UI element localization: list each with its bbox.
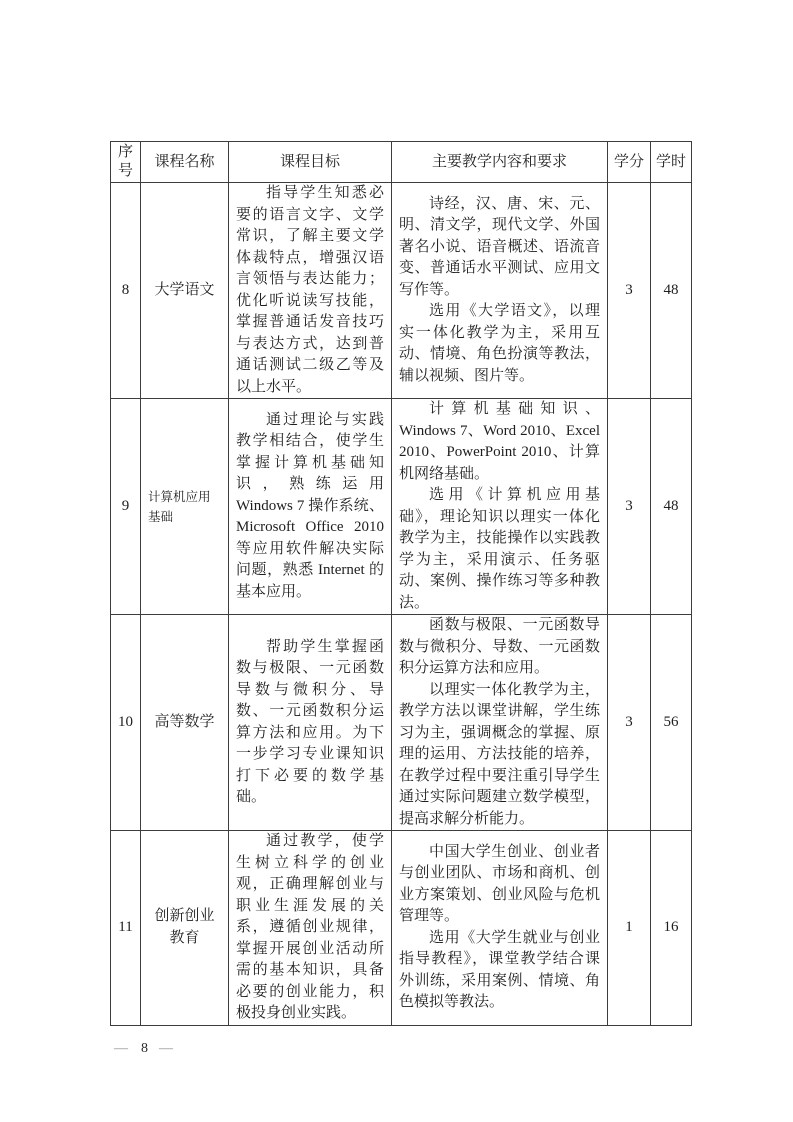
teaching-content-cell: 中国大学生创业、创业者与创业团队、市场和商机、创业方案策划、创业风险与危机管理等… [392, 831, 608, 1026]
seq-no-cell: 10 [111, 615, 141, 831]
table-header-row: 序号 课程名称 课程目标 主要教学内容和要求 学分 学时 [111, 142, 692, 183]
credits-cell: 3 [608, 399, 651, 615]
course-objective-cell: 通过教学，使学生树立科学的创业观，正确理解创业与职业生涯发展的关系，遵循创业规律… [229, 831, 392, 1026]
content-paragraph-2: 选用《大学生就业与创业指导教程》，课堂教学结合课外训练，采用案例、情境、角色模拟… [399, 928, 600, 1014]
objective-paragraph: 帮助学生掌握函数与极限、一元函数导数与微积分、导数、一元函数积分运算方法和应用。… [236, 637, 384, 809]
header-teaching-content: 主要教学内容和要求 [392, 142, 608, 183]
content-paragraph-2: 选用《计算机应用基础》，理论知识以理实一体化教学为主，技能操作以实践教学为主，采… [399, 485, 600, 614]
objective-paragraph: 指导学生知悉必要的语言文字、文学常识，了解主要文学体裁特点，增强汉语言领悟与表达… [236, 183, 384, 398]
teaching-content-cell: 诗经，汉、唐、宋、元、明、清文学，现代文学、外国著名小说、语音概述、语流音变、普… [392, 183, 608, 399]
document-page: 序号 课程名称 课程目标 主要教学内容和要求 学分 学时 8 大学语文 指导学生… [0, 0, 793, 1122]
footer-dash-left: — [114, 1041, 130, 1057]
table-row-course-11: 11 创新创业教育 通过教学，使学生树立科学的创业观，正确理解创业与职业生涯发展… [111, 831, 692, 1026]
course-plan-table: 序号 课程名称 课程目标 主要教学内容和要求 学分 学时 8 大学语文 指导学生… [110, 141, 692, 1026]
objective-paragraph: 通过理论与实践教学相结合，使学生掌握计算机基础知识，熟练运用 Windows 7… [236, 410, 384, 604]
footer-dash-right: — [159, 1041, 175, 1057]
course-name-cell: 创新创业教育 [141, 831, 229, 1026]
credits-cell: 3 [608, 183, 651, 399]
header-course-name: 课程名称 [141, 142, 229, 183]
header-seq-no: 序号 [111, 142, 141, 183]
header-credits: 学分 [608, 142, 651, 183]
table-row-course-8: 8 大学语文 指导学生知悉必要的语言文字、文学常识，了解主要文学体裁特点，增强汉… [111, 183, 692, 399]
header-hours: 学时 [651, 142, 692, 183]
credits-cell: 3 [608, 615, 651, 831]
course-name-cell: 高等数学 [141, 615, 229, 831]
teaching-content-cell: 计算机基础知识、Windows 7、Word 2010、Excel 2010、P… [392, 399, 608, 615]
page-footer: — 8 — [114, 1041, 175, 1057]
hours-cell: 48 [651, 183, 692, 399]
table-row-course-10: 10 高等数学 帮助学生掌握函数与极限、一元函数导数与微积分、导数、一元函数积分… [111, 615, 692, 831]
hours-cell: 48 [651, 399, 692, 615]
content-paragraph-1: 函数与极限、一元函数导数与微积分、导数、一元函数积分运算方法和应用。 [399, 615, 600, 680]
content-paragraph-2: 以理实一体化教学为主，教学方法以课堂讲解，学生练习为主，强调概念的掌握、原理的运… [399, 680, 600, 831]
course-objective-cell: 帮助学生掌握函数与极限、一元函数导数与微积分、导数、一元函数积分运算方法和应用。… [229, 615, 392, 831]
header-course-objective: 课程目标 [229, 142, 392, 183]
content-paragraph-1: 计算机基础知识、Windows 7、Word 2010、Excel 2010、P… [399, 399, 600, 485]
content-paragraph-2: 选用《大学语文》，以理实一体化教学为主，采用互动、情境、角色扮演等教法，辅以视频… [399, 301, 600, 387]
hours-cell: 56 [651, 615, 692, 831]
seq-no-cell: 11 [111, 831, 141, 1026]
course-objective-cell: 通过理论与实践教学相结合，使学生掌握计算机基础知识，熟练运用 Windows 7… [229, 399, 392, 615]
course-name-cell: 计算机应用基础 [141, 399, 229, 615]
table-row-course-9: 9 计算机应用基础 通过理论与实践教学相结合，使学生掌握计算机基础知识，熟练运用… [111, 399, 692, 615]
teaching-content-cell: 函数与极限、一元函数导数与微积分、导数、一元函数积分运算方法和应用。 以理实一体… [392, 615, 608, 831]
seq-no-cell: 9 [111, 399, 141, 615]
credits-cell: 1 [608, 831, 651, 1026]
page-number: 8 [141, 1041, 148, 1057]
course-name-cell: 大学语文 [141, 183, 229, 399]
content-paragraph-1: 中国大学生创业、创业者与创业团队、市场和商机、创业方案策划、创业风险与危机管理等… [399, 842, 600, 928]
content-paragraph-1: 诗经，汉、唐、宋、元、明、清文学，现代文学、外国著名小说、语音概述、语流音变、普… [399, 194, 600, 302]
course-objective-cell: 指导学生知悉必要的语言文字、文学常识，了解主要文学体裁特点，增强汉语言领悟与表达… [229, 183, 392, 399]
hours-cell: 16 [651, 831, 692, 1026]
seq-no-cell: 8 [111, 183, 141, 399]
objective-paragraph: 通过教学，使学生树立科学的创业观，正确理解创业与职业生涯发展的关系，遵循创业规律… [236, 831, 384, 1025]
